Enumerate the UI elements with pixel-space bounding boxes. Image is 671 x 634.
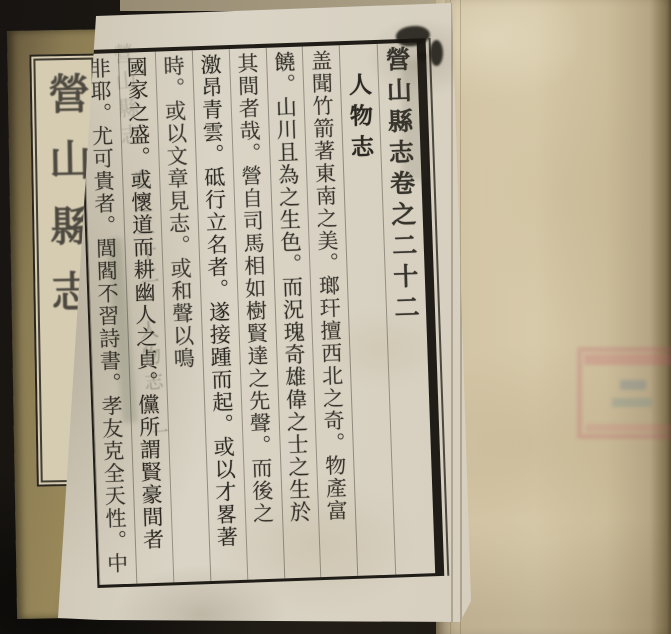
- ink-smudge: [402, 60, 428, 180]
- ink-smudge: [430, 40, 443, 66]
- page-edge-line: [451, 0, 453, 634]
- seal-mark: [584, 354, 671, 365]
- seal-mark: [612, 398, 652, 407]
- faint-seal-stamp: [577, 347, 671, 439]
- printed-frame: 營山縣志卷之二十二 人物志 盖聞竹箭著東南之美。瑯玕擅西北之奇。物產富 饒。山川…: [79, 38, 450, 588]
- seal-mark: [620, 380, 646, 390]
- seal-mark: [586, 424, 671, 432]
- frame-outer-border: 營山縣志卷之二十二 人物志 盖聞竹箭著東南之美。瑯玕擅西北之奇。物產富 饒。山川…: [79, 38, 450, 588]
- book-pages-right: [436, 0, 671, 634]
- frame-inner-border: 營山縣志卷之二十二 人物志 盖聞竹箭著東南之美。瑯玕擅西北之奇。物產富 饒。山川…: [79, 38, 445, 588]
- photographed-book-scene: 營山縣志 營山縣志 卷之二十二 人物志 一 營山縣志卷之二十二 人物志 盖聞竹箭…: [0, 0, 671, 634]
- text-columns: 營山縣志卷之二十二 人物志 盖聞竹箭著東南之美。瑯玕擅西北之奇。物產富 饒。山川…: [81, 43, 435, 585]
